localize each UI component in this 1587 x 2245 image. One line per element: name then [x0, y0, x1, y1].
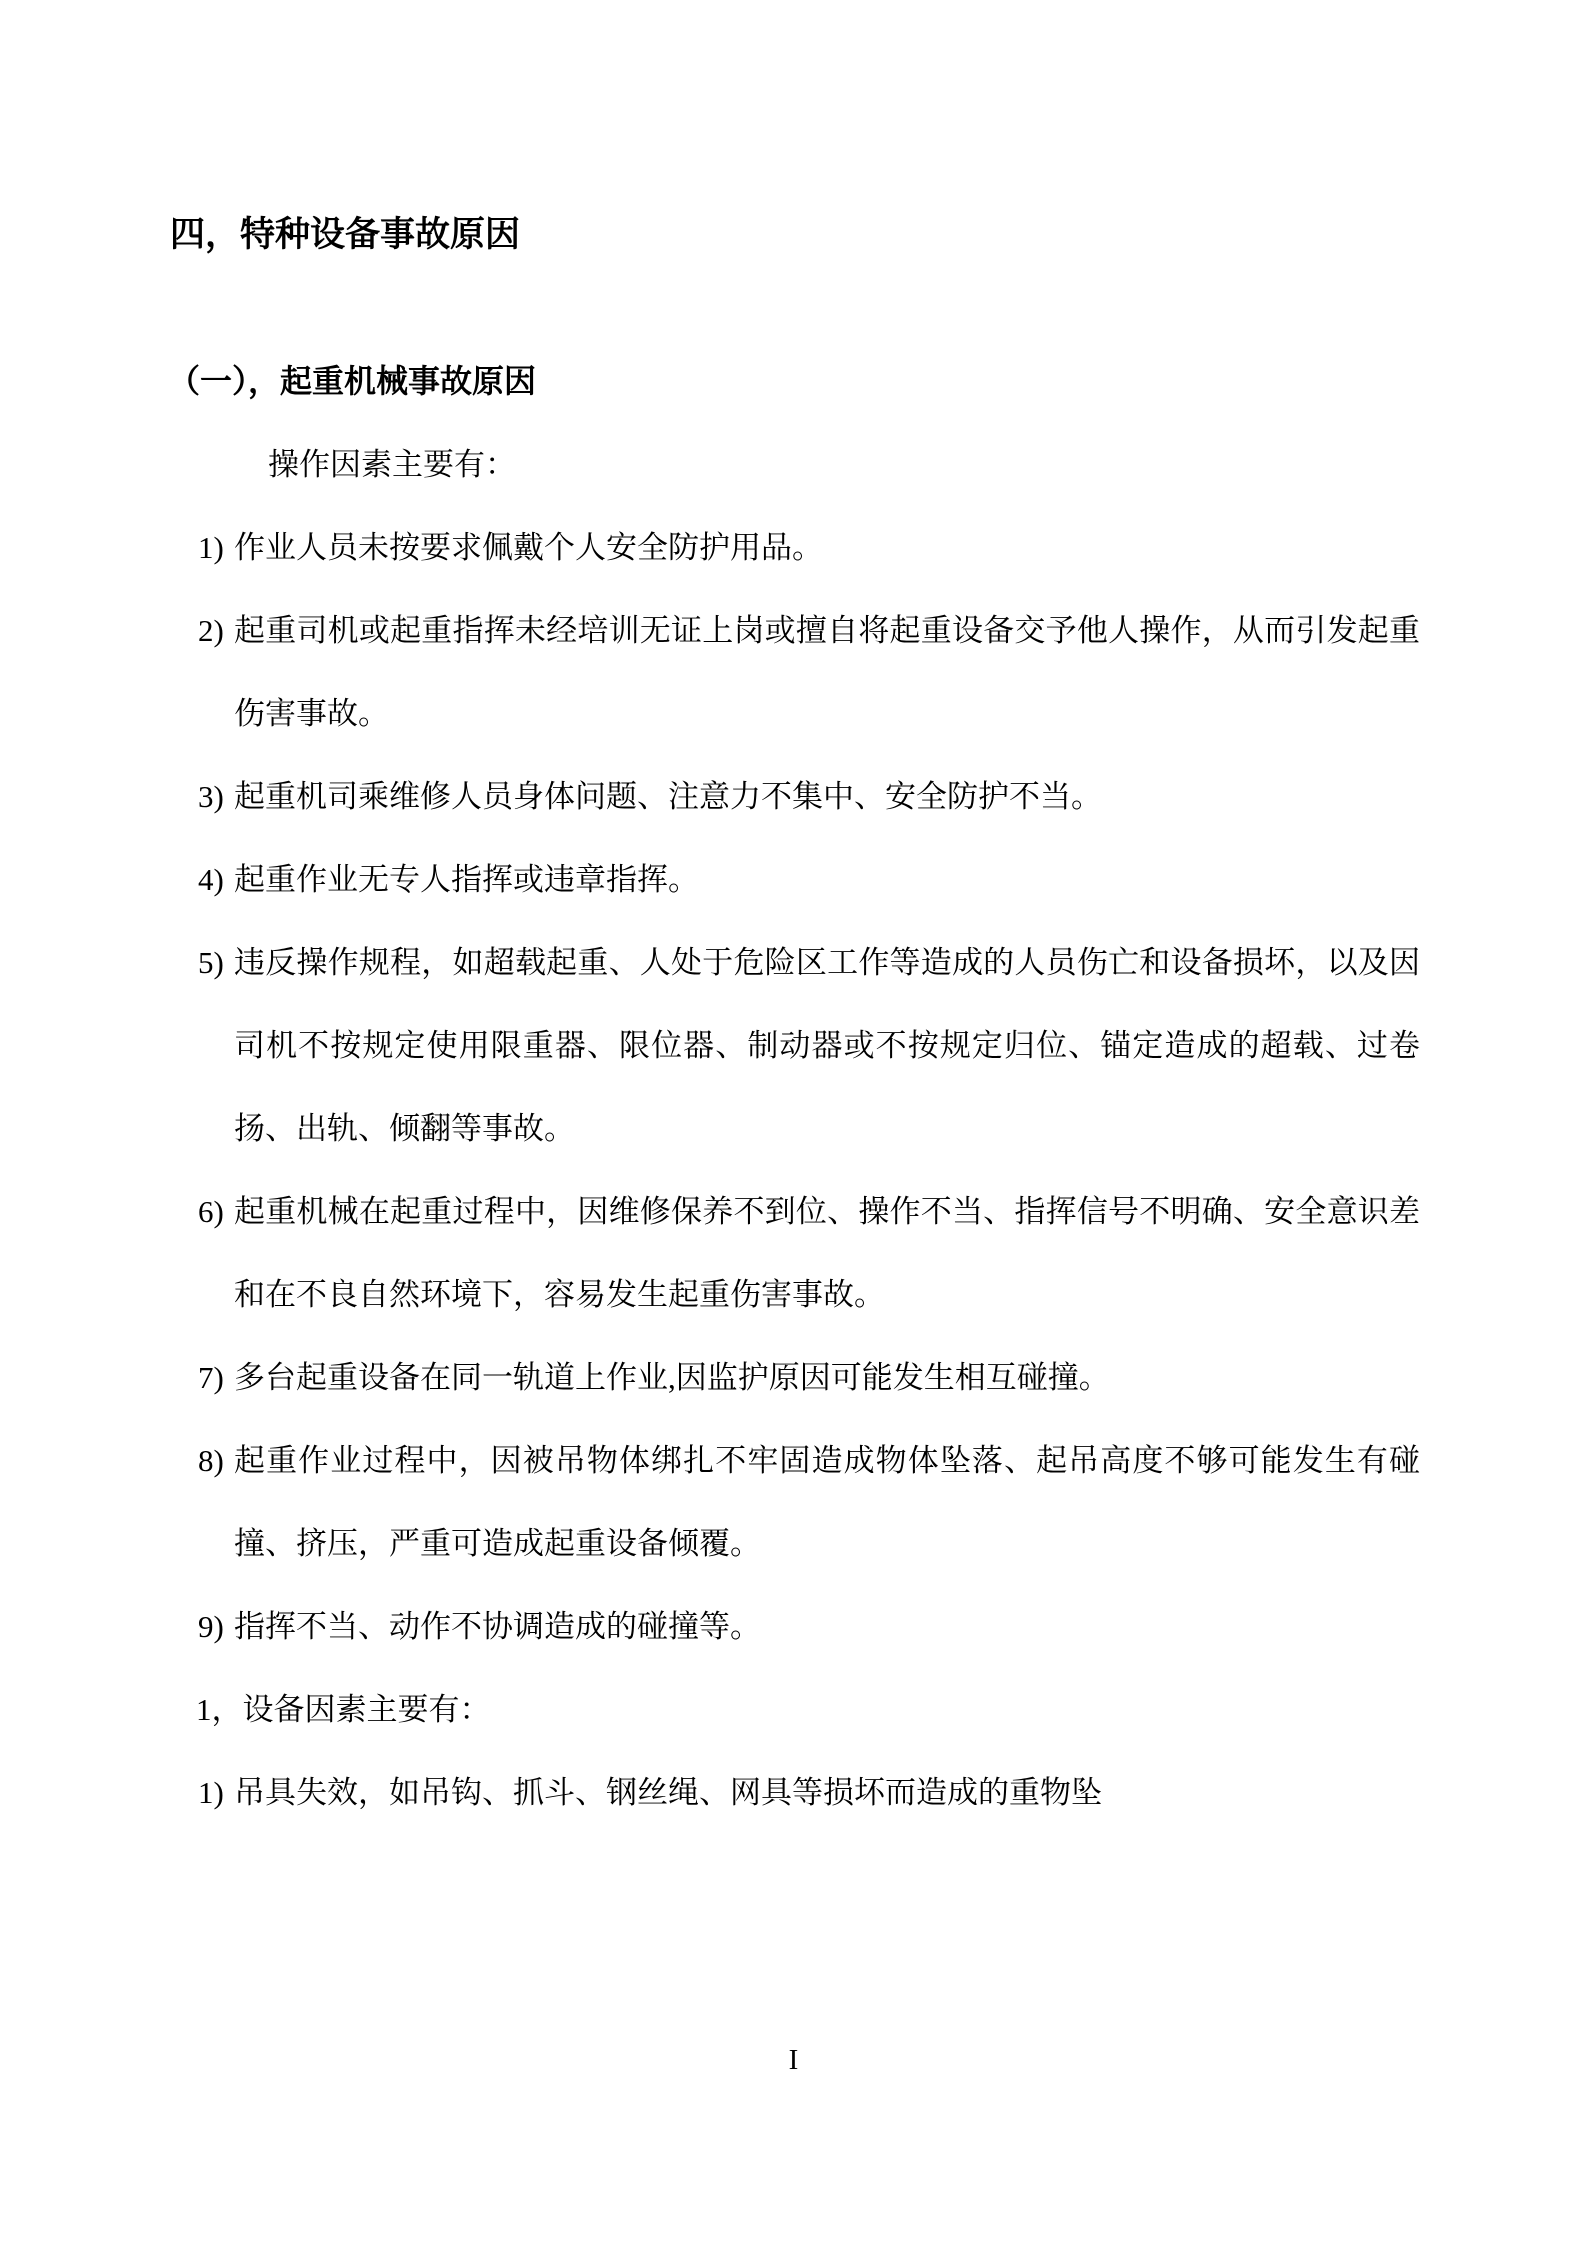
item-text: 违反操作规程，如超载起重、人处于危险区工作等造成的人员伤亡和设备损坏，以及因司机… — [234, 921, 1420, 1170]
section-heading: （一），起重机械事故原因 — [168, 340, 1420, 423]
numbered-item: 6) 起重机械在起重过程中，因维修保养不到位、操作不当、指挥信号不明确、安全意识… — [168, 1170, 1420, 1336]
item-number: 1) — [198, 506, 224, 589]
item-text: 指挥不当、动作不协调造成的碰撞等。 — [234, 1585, 1420, 1668]
item-number: 3) — [198, 755, 224, 838]
numbered-item: 9) 指挥不当、动作不协调造成的碰撞等。 — [168, 1585, 1420, 1668]
document-body: 四，特种设备事故原因 （一），起重机械事故原因 操作因素主要有： 1) 作业人员… — [168, 205, 1420, 1834]
item-number: 1) — [198, 1751, 224, 1834]
item-number: 4) — [198, 838, 224, 921]
page-number-footer: I — [0, 2040, 1587, 2080]
numbered-item: 8) 起重作业过程中，因被吊物体绑扎不牢固造成物体坠落、起吊高度不够可能发生有碰… — [168, 1419, 1420, 1585]
item-text: 起重作业无专人指挥或违章指挥。 — [234, 838, 1420, 921]
item-number: 5) — [198, 921, 224, 1004]
item-number: 6) — [198, 1170, 224, 1253]
item-text: 作业人员未按要求佩戴个人安全防护用品。 — [234, 506, 1420, 589]
item-number: 7) — [198, 1336, 224, 1419]
item-text: 起重作业过程中，因被吊物体绑扎不牢固造成物体坠落、起吊高度不够可能发生有碰撞、挤… — [234, 1419, 1420, 1585]
equipment-heading: 1，设备因素主要有： — [196, 1668, 1420, 1751]
item-text: 吊具失效，如吊钩、抓斗、钢丝绳、网具等损坏而造成的重物坠 — [234, 1751, 1420, 1834]
numbered-item: 1) 作业人员未按要求佩戴个人安全防护用品。 — [168, 506, 1420, 589]
numbered-item: 5) 违反操作规程，如超载起重、人处于危险区工作等造成的人员伤亡和设备损坏，以及… — [168, 921, 1420, 1170]
item-number: 2) — [198, 589, 224, 672]
item-text: 多台起重设备在同一轨道上作业,因监护原因可能发生相互碰撞。 — [234, 1336, 1420, 1419]
item-number: 8) — [198, 1419, 224, 1502]
numbered-item: 7) 多台起重设备在同一轨道上作业,因监护原因可能发生相互碰撞。 — [168, 1336, 1420, 1419]
item-text: 起重机司乘维修人员身体问题、注意力不集中、安全防护不当。 — [234, 755, 1420, 838]
numbered-item: 3) 起重机司乘维修人员身体问题、注意力不集中、安全防护不当。 — [168, 755, 1420, 838]
item-text: 起重机械在起重过程中，因维修保养不到位、操作不当、指挥信号不明确、安全意识差和在… — [234, 1170, 1420, 1336]
item-text: 起重司机或起重指挥未经培训无证上岗或擅自将起重设备交予他人操作，从而引发起重伤害… — [234, 589, 1420, 755]
numbered-item: 1) 吊具失效，如吊钩、抓斗、钢丝绳、网具等损坏而造成的重物坠 — [168, 1751, 1420, 1834]
intro-line: 操作因素主要有： — [268, 423, 1420, 506]
page-title: 四，特种设备事故原因 — [170, 205, 1420, 265]
document-page: 四，特种设备事故原因 （一），起重机械事故原因 操作因素主要有： 1) 作业人员… — [0, 0, 1587, 2245]
item-number: 9) — [198, 1585, 224, 1668]
numbered-item: 4) 起重作业无专人指挥或违章指挥。 — [168, 838, 1420, 921]
numbered-item: 2) 起重司机或起重指挥未经培训无证上岗或擅自将起重设备交予他人操作，从而引发起… — [168, 589, 1420, 755]
